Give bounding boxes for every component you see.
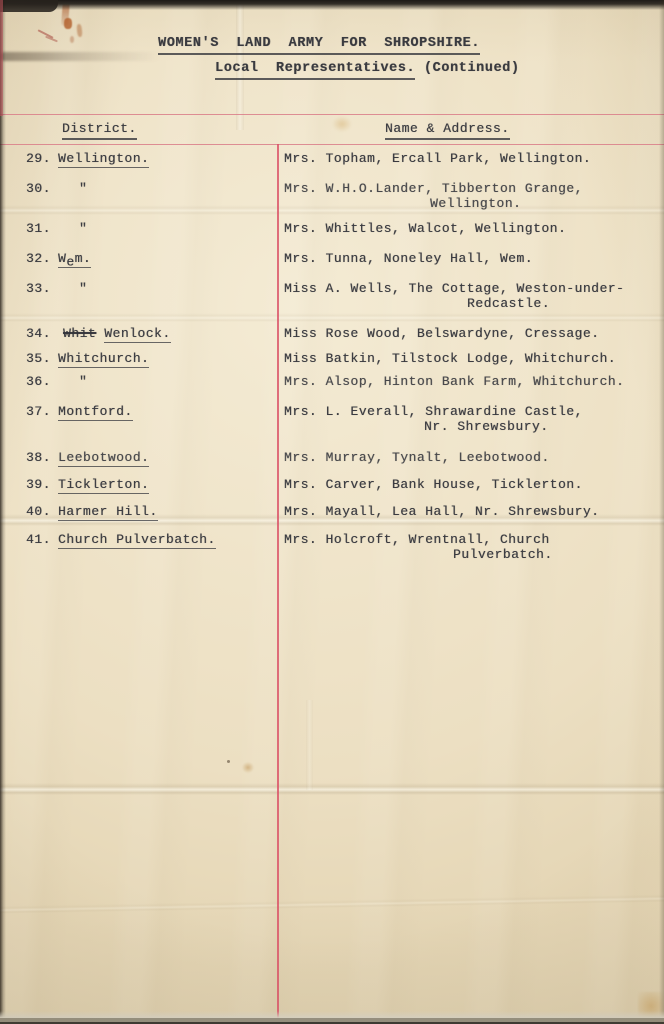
table-row: 39. Ticklerton. Mrs. Carver, Bank House,…: [0, 477, 664, 493]
address-cell: Mrs. Carver, Bank House, Ticklerton.: [284, 477, 583, 492]
table-row: 35. Whitchurch. Miss Batkin, Tilstock Lo…: [0, 351, 664, 367]
ditto-mark: ": [79, 221, 87, 236]
address-cell: Mrs. Alsop, Hinton Bank Farm, Whitchurch…: [284, 374, 624, 389]
district-cell: Whitchurch.: [58, 351, 149, 368]
district-cell: WhitWenlock.: [63, 326, 171, 341]
ditto-mark: ": [79, 181, 87, 196]
address-cell: Mrs. Topham, Ercall Park, Wellington.: [284, 151, 591, 166]
row-number: 41.: [26, 532, 51, 547]
fold-crease: [0, 313, 664, 322]
table-row: 31. " Mrs. Whittles, Walcot, Wellington.: [0, 221, 664, 237]
table-row: 30. " Mrs. W.H.O.Lander, Tibberton Grang…: [0, 181, 664, 197]
address-cell-line2: Wellington.: [430, 196, 521, 211]
district-cell: Harmer Hill.: [58, 504, 158, 521]
table-row: 33. " Miss A. Wells, The Cottage, Weston…: [0, 281, 664, 297]
struck-out-text: Whit: [63, 326, 96, 341]
column-header-name-address: Name & Address.: [385, 121, 510, 140]
ditto-mark: ": [79, 281, 87, 296]
address-cell-line2: Pulverbatch.: [453, 547, 553, 562]
row-number: 33.: [26, 281, 51, 296]
document-subtitle-continued: (Continued): [415, 61, 519, 76]
paper-spot: [227, 760, 230, 763]
table-row: 40. Harmer Hill. Mrs. Mayall, Lea Hall, …: [0, 504, 664, 520]
address-cell-line2: Redcastle.: [467, 296, 550, 311]
column-header-district: District.: [62, 121, 137, 140]
district-cell: Wellington.: [58, 151, 149, 168]
district-cell: Wem.: [58, 251, 91, 268]
district-cell: Leebotwood.: [58, 450, 149, 467]
address-cell: Mrs. Murray, Tynalt, Leebotwood.: [284, 450, 550, 465]
table-row: 34. WhitWenlock. Miss Rose Wood, Belswar…: [0, 326, 664, 342]
row-number: 35.: [26, 351, 51, 366]
table-row: 36. " Mrs. Alsop, Hinton Bank Farm, Whit…: [0, 374, 664, 390]
row-number: 38.: [26, 450, 51, 465]
table-row: 41. Church Pulverbatch. Mrs. Holcroft, W…: [0, 532, 664, 548]
vertical-crease: [306, 700, 313, 790]
address-cell: Mrs. Tunna, Noneley Hall, Wem.: [284, 251, 533, 266]
address-cell: Mrs. Holcroft, Wrentnall, Church: [284, 532, 550, 547]
row-number: 39.: [26, 477, 51, 492]
row-number: 32.: [26, 251, 51, 266]
district-cell: Ticklerton.: [58, 477, 149, 494]
paper-spot: [332, 116, 352, 132]
row-number: 40.: [26, 504, 51, 519]
row-number: 36.: [26, 374, 51, 389]
ruled-line-horizontal-top: [0, 114, 664, 115]
address-cell-line2: Nr. Shrewsbury.: [424, 419, 549, 434]
row-number: 34.: [26, 326, 51, 341]
ditto-mark: ": [79, 374, 87, 389]
row-number: 30.: [26, 181, 51, 196]
address-cell: Mrs. L. Everall, Shrawardine Castle,: [284, 404, 583, 419]
ruled-line-horizontal-header: [0, 144, 664, 145]
table-row: 37. Montford. Mrs. L. Everall, Shrawardi…: [0, 404, 664, 420]
rust-stain: [64, 18, 72, 29]
document-subtitle: Local Representatives.: [215, 61, 415, 80]
fold-crease: [0, 205, 664, 215]
scan-corner-top-left: [0, 0, 58, 12]
row-number: 37.: [26, 404, 51, 419]
paper-spot: [242, 762, 254, 773]
row-number: 29.: [26, 151, 51, 166]
address-cell: Mrs. Whittles, Walcot, Wellington.: [284, 221, 566, 236]
scan-edge-bottom-light: [0, 1011, 664, 1018]
fold-crease: [0, 783, 664, 795]
district-cell: Montford.: [58, 404, 133, 421]
scan-edge-top: [0, 0, 664, 10]
table-row: 29. Wellington. Mrs. Topham, Ercall Park…: [0, 151, 664, 167]
scan-edge-right: [659, 0, 664, 1024]
scan-edge-left-red: [0, 0, 3, 116]
address-cell: Mrs. W.H.O.Lander, Tibberton Grange,: [284, 181, 583, 196]
document-page: WOMEN'S LAND ARMY FOR SHROPSHIRE. Local …: [0, 0, 664, 1024]
table-row: 38. Leebotwood. Mrs. Murray, Tynalt, Lee…: [0, 450, 664, 466]
ruled-line-vertical-column-divider: [277, 144, 279, 1018]
table-row: 32. Wem. Mrs. Tunna, Noneley Hall, Wem.: [0, 251, 664, 267]
shadow-smudge: [0, 52, 160, 61]
district-text: Wenlock.: [104, 326, 170, 343]
district-text: W: [58, 251, 66, 266]
address-cell: Miss Batkin, Tilstock Lodge, Whitchurch.: [284, 351, 616, 366]
row-number: 31.: [26, 221, 51, 236]
district-dropped-letter: e: [66, 255, 74, 270]
rust-stain: [70, 36, 74, 43]
document-title: WOMEN'S LAND ARMY FOR SHROPSHIRE.: [158, 36, 480, 55]
district-text: m.: [75, 251, 92, 266]
address-cell: Mrs. Mayall, Lea Hall, Nr. Shrewsbury.: [284, 504, 599, 519]
document-subtitle-line: Local Representatives. (Continued): [215, 61, 520, 76]
district-cell: Church Pulverbatch.: [58, 532, 216, 549]
address-cell: Miss A. Wells, The Cottage, Weston-under…: [284, 281, 624, 296]
address-cell: Miss Rose Wood, Belswardyne, Cressage.: [284, 326, 599, 341]
scan-edge-left: [0, 0, 6, 1024]
